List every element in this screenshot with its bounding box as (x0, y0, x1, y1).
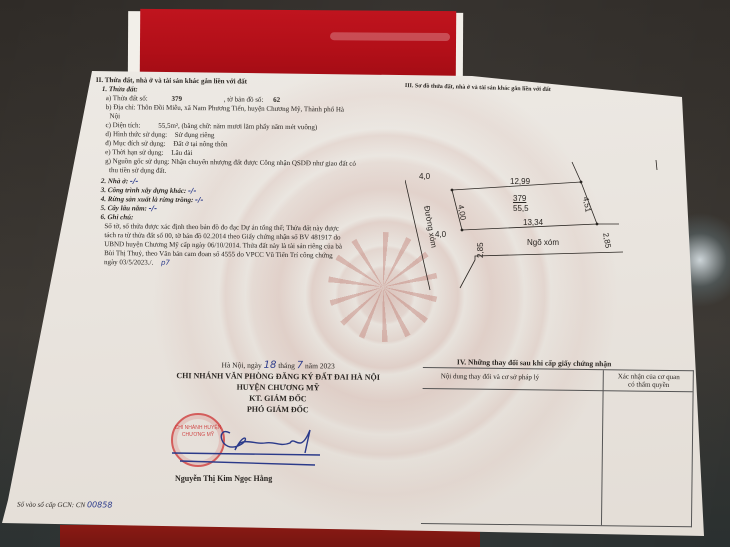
handwritten-initials: p7 (161, 259, 170, 267)
top-edge-length: 12,99 (510, 177, 530, 186)
term-value: Lâu dài (171, 149, 192, 157)
col-header-confirmation: Xác nhận của cơ quan có thẩm quyền (607, 372, 691, 389)
area-value: 55,5m², (bằng chữ: năm mươi lăm phẩy năm… (158, 122, 317, 132)
map-sheet-number: 62 (273, 96, 280, 104)
alley-width-left: 2,85 (476, 242, 485, 258)
sketch-parcel-area: 55,5 (513, 204, 529, 213)
signer-name: Nguyễn Thị Kim Ngọc Hằng (175, 474, 272, 483)
red-certificate-cover (140, 9, 456, 81)
col-header-confirmation-line-2: có thẩm quyền (628, 381, 669, 390)
usage-form-value: Sử dụng riêng (175, 131, 215, 139)
parcel-number: 379 (171, 95, 182, 103)
changes-column-content (421, 368, 604, 525)
usage-form-label: d) Hình thức sử dụng: (105, 130, 167, 139)
registry-entry: Số vào sổ cấp GCN: CN 00858 (17, 500, 113, 510)
changes-table: Nội dung thay đổi và cơ sở pháp lý Xác n… (421, 367, 694, 527)
origin-label: g) Nguồn gốc sử dụng: (105, 157, 170, 166)
sketch-parcel-number: 379 (513, 194, 526, 203)
bottom-edge-length: 13,34 (523, 218, 543, 227)
house-label: 2. Nhà ở: (101, 177, 128, 185)
origin-value-line-1: Nhận chuyển nhượng đất được Công nhận QS… (171, 158, 356, 168)
road-width-bottom: 4,0 (435, 230, 446, 239)
changes-table-header: Nội dung thay đổi và cơ sở pháp lý Xác n… (423, 368, 693, 392)
section-ii: II. Thửa đất, nhà ở và tài sản khác gắn … (94, 76, 357, 270)
other-works-label: 3. Công trình xây dựng khác: (101, 186, 187, 195)
alley-label: Ngõ xóm (527, 238, 559, 247)
forest-value: -/- (195, 196, 203, 204)
purpose-value: Đất ở tại nông thôn (173, 140, 227, 149)
address-line-1: Thôn Đồi Miễu, xã Nam Phương Tiến, huyện… (137, 103, 344, 113)
purpose-label: đ) Mục đích sử dụng: (105, 139, 165, 148)
signature-block: Hà Nội, ngày 18 tháng 7 năm 2023 CHI NHÁ… (128, 359, 428, 417)
col-header-content: Nội dung thay đổi và cơ sở pháp lý (441, 372, 539, 381)
signer-role-line-2: PHÓ GIÁM ĐỐC (128, 403, 428, 417)
term-label: e) Thời hạn sử dụng: (105, 148, 163, 157)
registry-label: Số vào sổ cấp GCN: CN (17, 501, 85, 510)
section-iv: IV. Những thay đổi sau khi cấp giấy chứn… (421, 357, 695, 525)
parcel-sketch: 4,0 Đường xóm 4,0 12,99 379 55,5 4,00 4,… (405, 160, 665, 310)
house-value: -/- (130, 177, 138, 185)
issue-month: 7 (297, 360, 303, 371)
map-sheet-label: , tờ bản đồ số: (224, 95, 264, 103)
perennial-value: -/- (149, 205, 157, 213)
month-label: tháng (278, 361, 295, 370)
parcel-label: a) Thửa đất số: (106, 94, 148, 102)
handwritten-signature (170, 425, 330, 470)
registry-number: 00858 (87, 500, 113, 509)
perennial-label: 5. Cây lâu năm: (101, 204, 147, 212)
notes-line: ngày 03/5/2023./. (104, 258, 153, 267)
other-works-value: -/- (188, 187, 196, 195)
year-label: năm 2023 (305, 361, 335, 370)
forest-label: 4. Rừng sản xuất là rừng trồng: (101, 195, 194, 204)
issue-day: 18 (264, 360, 277, 371)
date-prefix: Hà Nội, ngày (222, 361, 262, 370)
north-arrow-icon (651, 160, 657, 170)
address-label: b) Địa chỉ: (106, 103, 136, 111)
road-width-top: 4,0 (419, 172, 430, 181)
area-label: c) Diện tích: (105, 121, 140, 129)
